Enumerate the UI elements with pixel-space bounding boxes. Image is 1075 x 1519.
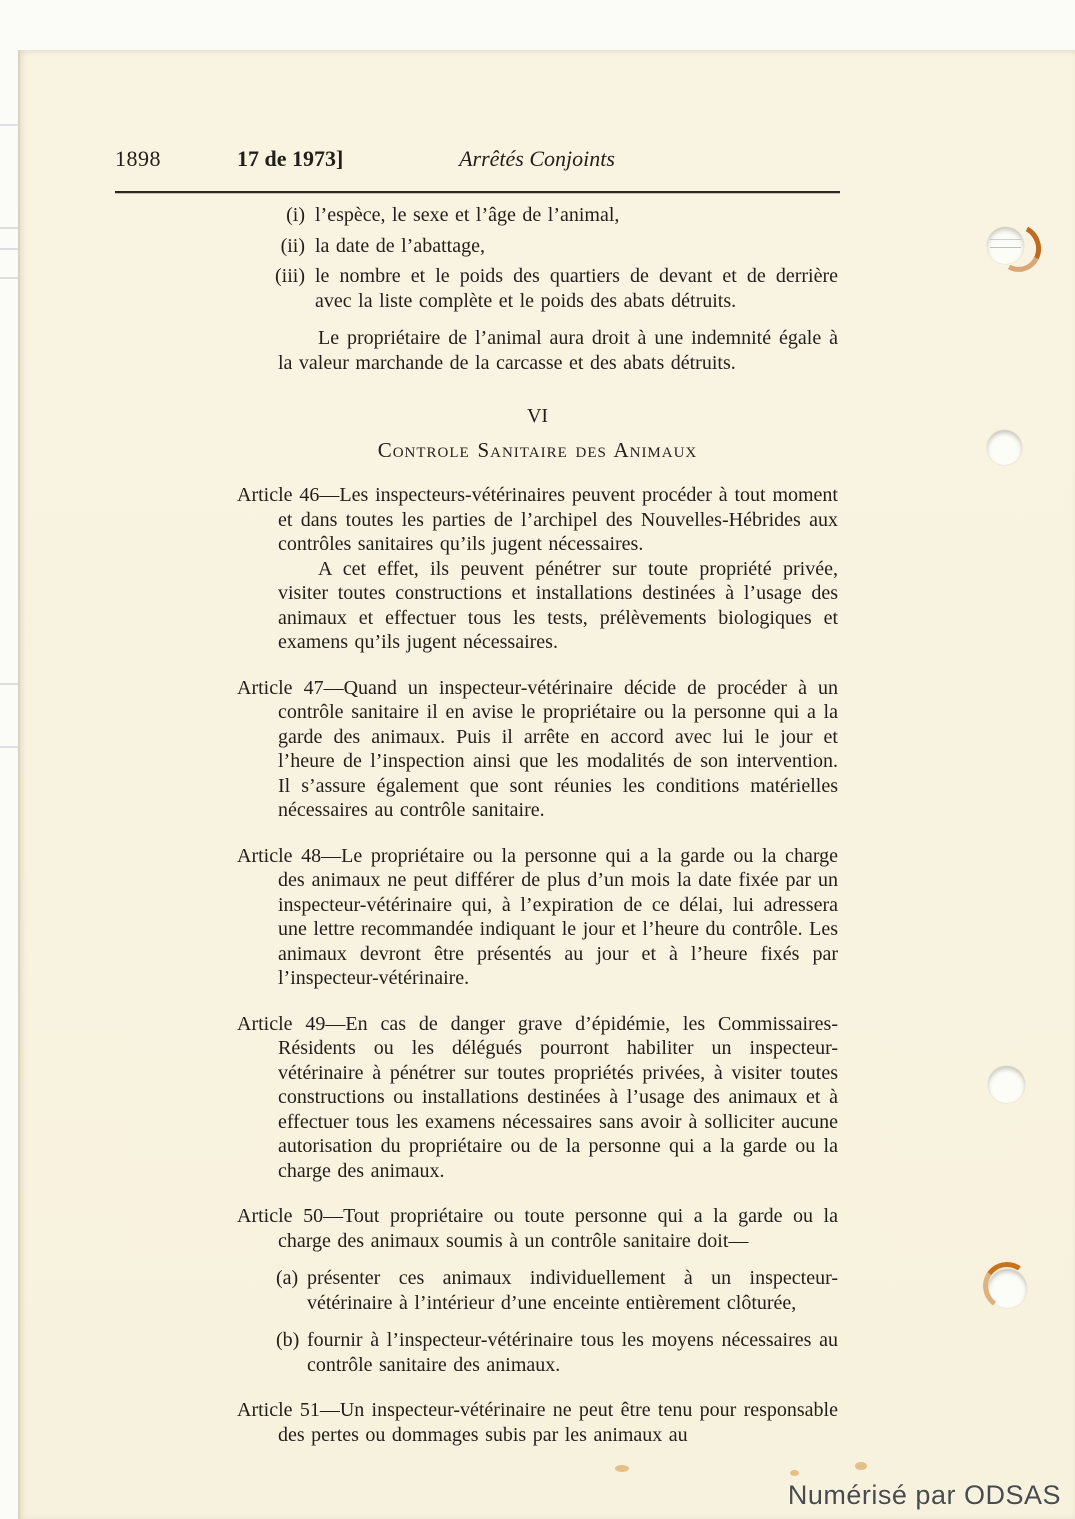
- edge-ruled-line: [0, 277, 18, 279]
- sub-item-text: présenter ces animaux individuellement à…: [307, 1267, 838, 1314]
- edge-ruled-line: [0, 746, 18, 748]
- list-item: (ii) la date de l’abattage,: [237, 234, 838, 259]
- stain-speck: [615, 1465, 629, 1472]
- punch-hole: [987, 430, 1022, 465]
- list-item-text: l’espèce, le sexe et l’âge de l’animal,: [315, 204, 619, 226]
- scanned-document-page: 1898 17 de 1973] Arrêtés Conjoints (i) l…: [0, 0, 1075, 1519]
- section-title: Controle Sanitaire des Animaux: [237, 438, 838, 463]
- stain-speck: [855, 1462, 867, 1470]
- article-47: Article 47—Quand un inspecteur-vétérinai…: [237, 676, 838, 823]
- list-item-text: le nombre et le poids des quartiers de d…: [315, 265, 838, 312]
- article-paragraph: Article 47—Quand un inspecteur-vétérinai…: [237, 676, 838, 823]
- sub-item-marker: (a): [276, 1266, 298, 1291]
- article-51: Article 51—Un inspecteur-vétérinaire ne …: [237, 1398, 838, 1447]
- list-item-text: la date de l’abattage,: [315, 235, 485, 257]
- article-paragraph: Article 46—Les inspecteurs-vétérinaires …: [237, 483, 838, 557]
- sub-list-item: (a) présenter ces animaux individuelleme…: [237, 1266, 838, 1315]
- punch-hole: [988, 1066, 1025, 1103]
- issue-reference: 17 de 1973]: [237, 146, 343, 172]
- indemnity-paragraph: Le propriétaire de l’animal aura droit à…: [237, 326, 838, 375]
- sub-item-marker: (b): [276, 1328, 299, 1353]
- stain-speck: [790, 1470, 799, 1476]
- header-rule: [115, 191, 840, 193]
- article-50: Article 50—Tout propriétaire ou toute pe…: [237, 1204, 838, 1377]
- digitization-watermark: Numérisé par ODSAS: [788, 1480, 1061, 1511]
- body-text-column: (i) l’espèce, le sexe et l’âge de l’anim…: [237, 203, 838, 1447]
- edge-ruled-line: [0, 124, 18, 126]
- sub-item-text: fournir à l’inspecteur-vétérinaire tous …: [307, 1329, 838, 1376]
- list-item-marker: (i): [237, 203, 305, 228]
- page-header: 1898 17 de 1973] Arrêtés Conjoints: [115, 146, 840, 176]
- list-item-marker: (iii): [237, 264, 305, 289]
- list-item: (iii) le nombre et le poids des quartier…: [237, 264, 838, 313]
- article-paragraph: A cet effet, ils peuvent pénétrer sur to…: [237, 557, 838, 655]
- page-number: 1898: [115, 146, 161, 172]
- article-48: Article 48—Le propriétaire ou la personn…: [237, 844, 838, 991]
- roman-numeral-list: (i) l’espèce, le sexe et l’âge de l’anim…: [237, 203, 838, 313]
- article-paragraph: Article 48—Le propriétaire ou la personn…: [237, 844, 838, 991]
- running-title: Arrêtés Conjoints: [337, 146, 737, 172]
- article-paragraph: Article 49—En cas de danger grave d’épid…: [237, 1012, 838, 1184]
- list-item-marker: (ii): [237, 234, 305, 259]
- article-paragraph: Article 51—Un inspecteur-vétérinaire ne …: [237, 1398, 838, 1447]
- edge-ruled-line: [0, 683, 18, 685]
- article-49: Article 49—En cas de danger grave d’épid…: [237, 1012, 838, 1184]
- section-number: VI: [237, 404, 838, 429]
- list-item: (i) l’espèce, le sexe et l’âge de l’anim…: [237, 203, 838, 228]
- sub-list-item: (b) fournir à l’inspecteur-vétérinaire t…: [237, 1328, 838, 1377]
- edge-ruled-line: [0, 227, 18, 229]
- edge-ruled-line: [0, 248, 18, 250]
- article-46: Article 46—Les inspecteurs-vétérinaires …: [237, 483, 838, 655]
- article-paragraph: Article 50—Tout propriétaire ou toute pe…: [237, 1204, 838, 1253]
